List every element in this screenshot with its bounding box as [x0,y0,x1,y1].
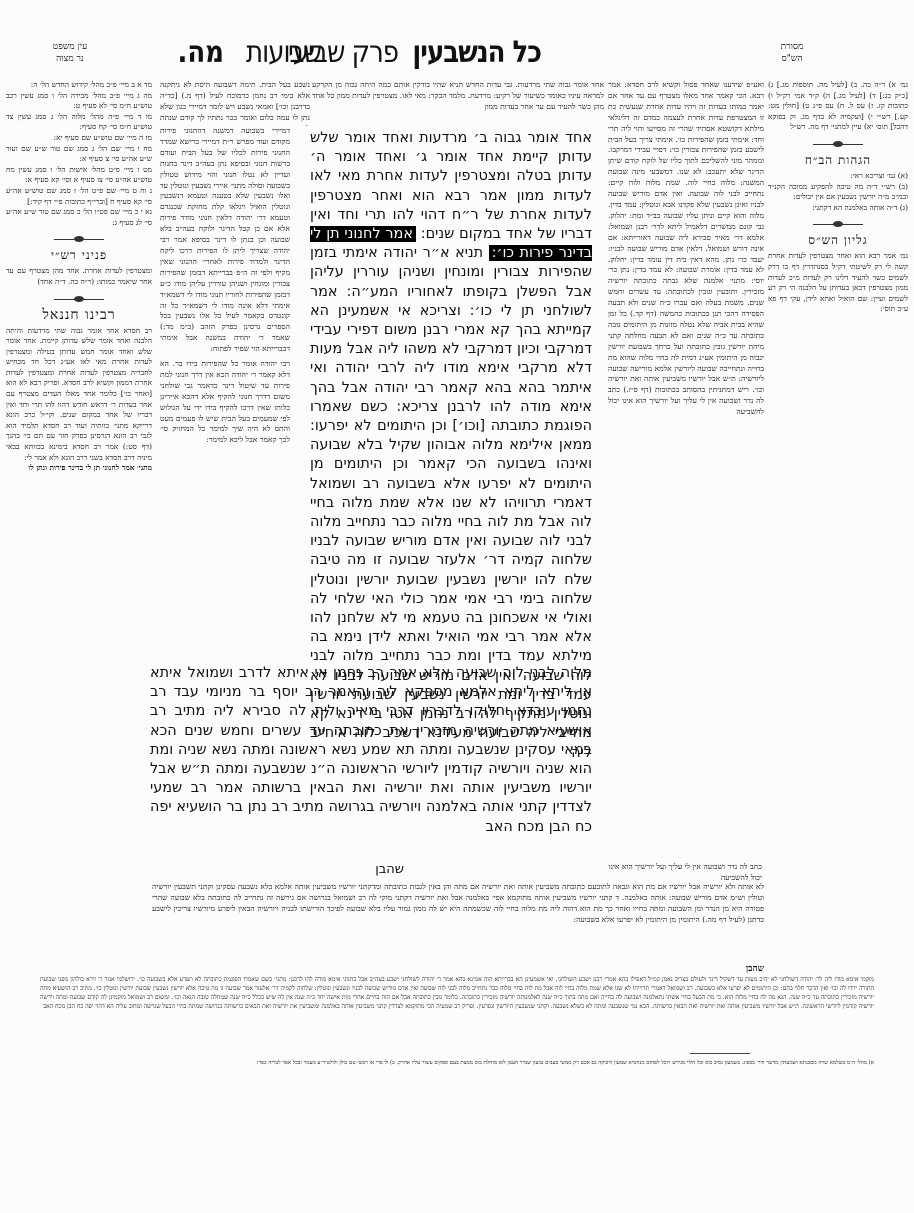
ein-mishpat-item: נא י כ מיי׳ שם פט״ו הל׳ כ סמג שם טור ש״ע… [6,207,152,228]
rashi-top-text: אחד אומר גבוה שתי מרדעות. גבי עדות החדש … [312,80,604,113]
rashi-top: אחד אומר גבוה שתי מרדעות. גבי עדות החדש … [312,80,604,126]
ein-mishpat-item: מח ו מיי׳ שם הל׳ ג סמג שם טור ש״ע שם ועו… [6,144,152,165]
footnote-divider [690,1053,750,1054]
ornament-divider-icon [54,236,104,242]
right-margin: גמ׳ א) ר״ה כה. ב) [לעיל מה. תוספות מג.] … [768,80,908,315]
masoret-hashas-label: מסורת הש"ס [770,41,814,65]
tractate-name: שבועות [246,36,321,71]
pninei-rashi-text: ומצטרפין לעדות אחרת. אחד מהן מצטרף עם עד… [6,266,152,287]
bottom-closing-word: שהבן [746,963,764,974]
hagahot-item: (ב) רש״י ד״ה מה טיבה להפקיע ממוכה הקנ״ד … [768,182,908,203]
tosafot-column: דמיירי בשבועה דמשנה דהחנוני פירות מקודם … [160,126,290,664]
hagahot-habach-title: הגהות הב״ח [768,151,908,169]
gemara-wide-body: מלוה לבני לוה שבועה אלא אמר רב נחמן אי א… [150,665,592,835]
masoret-hashas-text: גמ׳ א) ר״ה כה. ב) [לעיל מה. תוספות מג.] … [768,80,908,133]
tosafot-dibbur: רבי יהודה אומר כל שהפירות בידו בר. הא דל… [160,359,290,446]
left-margin: מד א ב מיי׳ פ״ב מהל׳ קידוש החדש הל׳ ה: מ… [6,80,152,860]
ornament-divider-icon [54,296,104,302]
rashi-bottom-block: לא אותה ולא יורשיה אבל יורשיו אם מת הוא … [152,882,764,926]
ein-mishpat-item: מז ה מיי׳ שם טוש״ע שם סעיף יא: [6,133,152,144]
gilyon-hashas-text: גמ׳ אמר רבא הוא ואחר מצטרפין לעדות אחרת … [768,251,908,315]
tosafot-top: נשבע בעל הבית. תימה דשבועה היסת לא ניתקנ… [160,80,310,126]
daf-number: מה. [177,36,224,71]
ein-mishpat-item: מה ג מיי׳ פ״ב מהל׳ מכירה הל׳ ו סמג עשין … [6,91,152,112]
rashi-body: ואע״פ שידענו שאחד פסול וקשיא לרב חסדא: א… [608,80,764,418]
rashi-continuation: כתב לה נדר ושבועה אין לי עליך ועל יורשיך… [607,862,762,884]
ein-mishpat-label: עין משפט נר מצוה [50,41,90,65]
page-header: מסורת הש"ס כל הנשבעין פרק שביעי שבועות מ… [0,38,914,78]
gemara-closing-word: שהבן [375,862,404,877]
bottom-commentary: מוקמי אימא מודו ליה לר׳ יהודה דשולחני לא… [40,975,874,1011]
pninei-rashi-title: פניני רש״י [6,246,152,264]
ein-mishpat-item: מו ד מיי׳ פ״ה מהל׳ מלוה הל׳ ג סמג עשין צ… [6,112,152,133]
ein-mishpat-item: מד א ב מיי׳ פ״ב מהל׳ קידוש החדש הל׳ ה: [6,80,152,91]
hagahot-item: (ג) ד״ה אותה באלמנה הא דקתני: [768,203,908,214]
rabbeinu-chananel-text: רב חסדא אחד אומר גבוה שתי מרדעות והיתה ה… [6,326,152,464]
tosafot-body: דמיירי בשבועה דמשנה דהחנוני פירות מקודם … [160,126,290,355]
rabbeinu-chananel-mishna: מתני׳ אמר לחנוני תן לי בדינר פירות ונתן … [6,463,152,474]
ornament-divider-icon [813,221,863,227]
ein-mishpat-item: מט ז מיי׳ פ״ט מהל׳ אישות הל׳ ו סמג עשין … [6,165,152,186]
hagahot-item: (א) גמ׳ וצריכא ראי: [768,171,908,182]
ein-mishpat-item: נ וח ט מיי׳ שם פ״ט הל׳ ז סמג שם טוש״ע אה… [6,186,152,207]
rabbeinu-chananel-title: רבינו חננאל [6,306,152,324]
chapter-title: כל הנשבעין [412,36,541,71]
footnotes: א) מהל׳ ה״מ בשלמא שויה מסכנתא ושמעתין מד… [40,1058,874,1068]
tosafot-top-text: נשבע בעל הבית. תימה דשבועה היסת לא ניתקנ… [160,80,310,126]
ornament-divider-icon [813,141,863,147]
gilyon-hashas-title: גליון הש״ס [768,231,908,249]
rashi-column: ואע״פ שידענו שאחד פסול וקשיא לרב חסדא: א… [608,80,764,860]
gemara-wide-text: מלוה לבני לוה שבועה אלא אמר רב נחמן אי א… [150,664,592,837]
